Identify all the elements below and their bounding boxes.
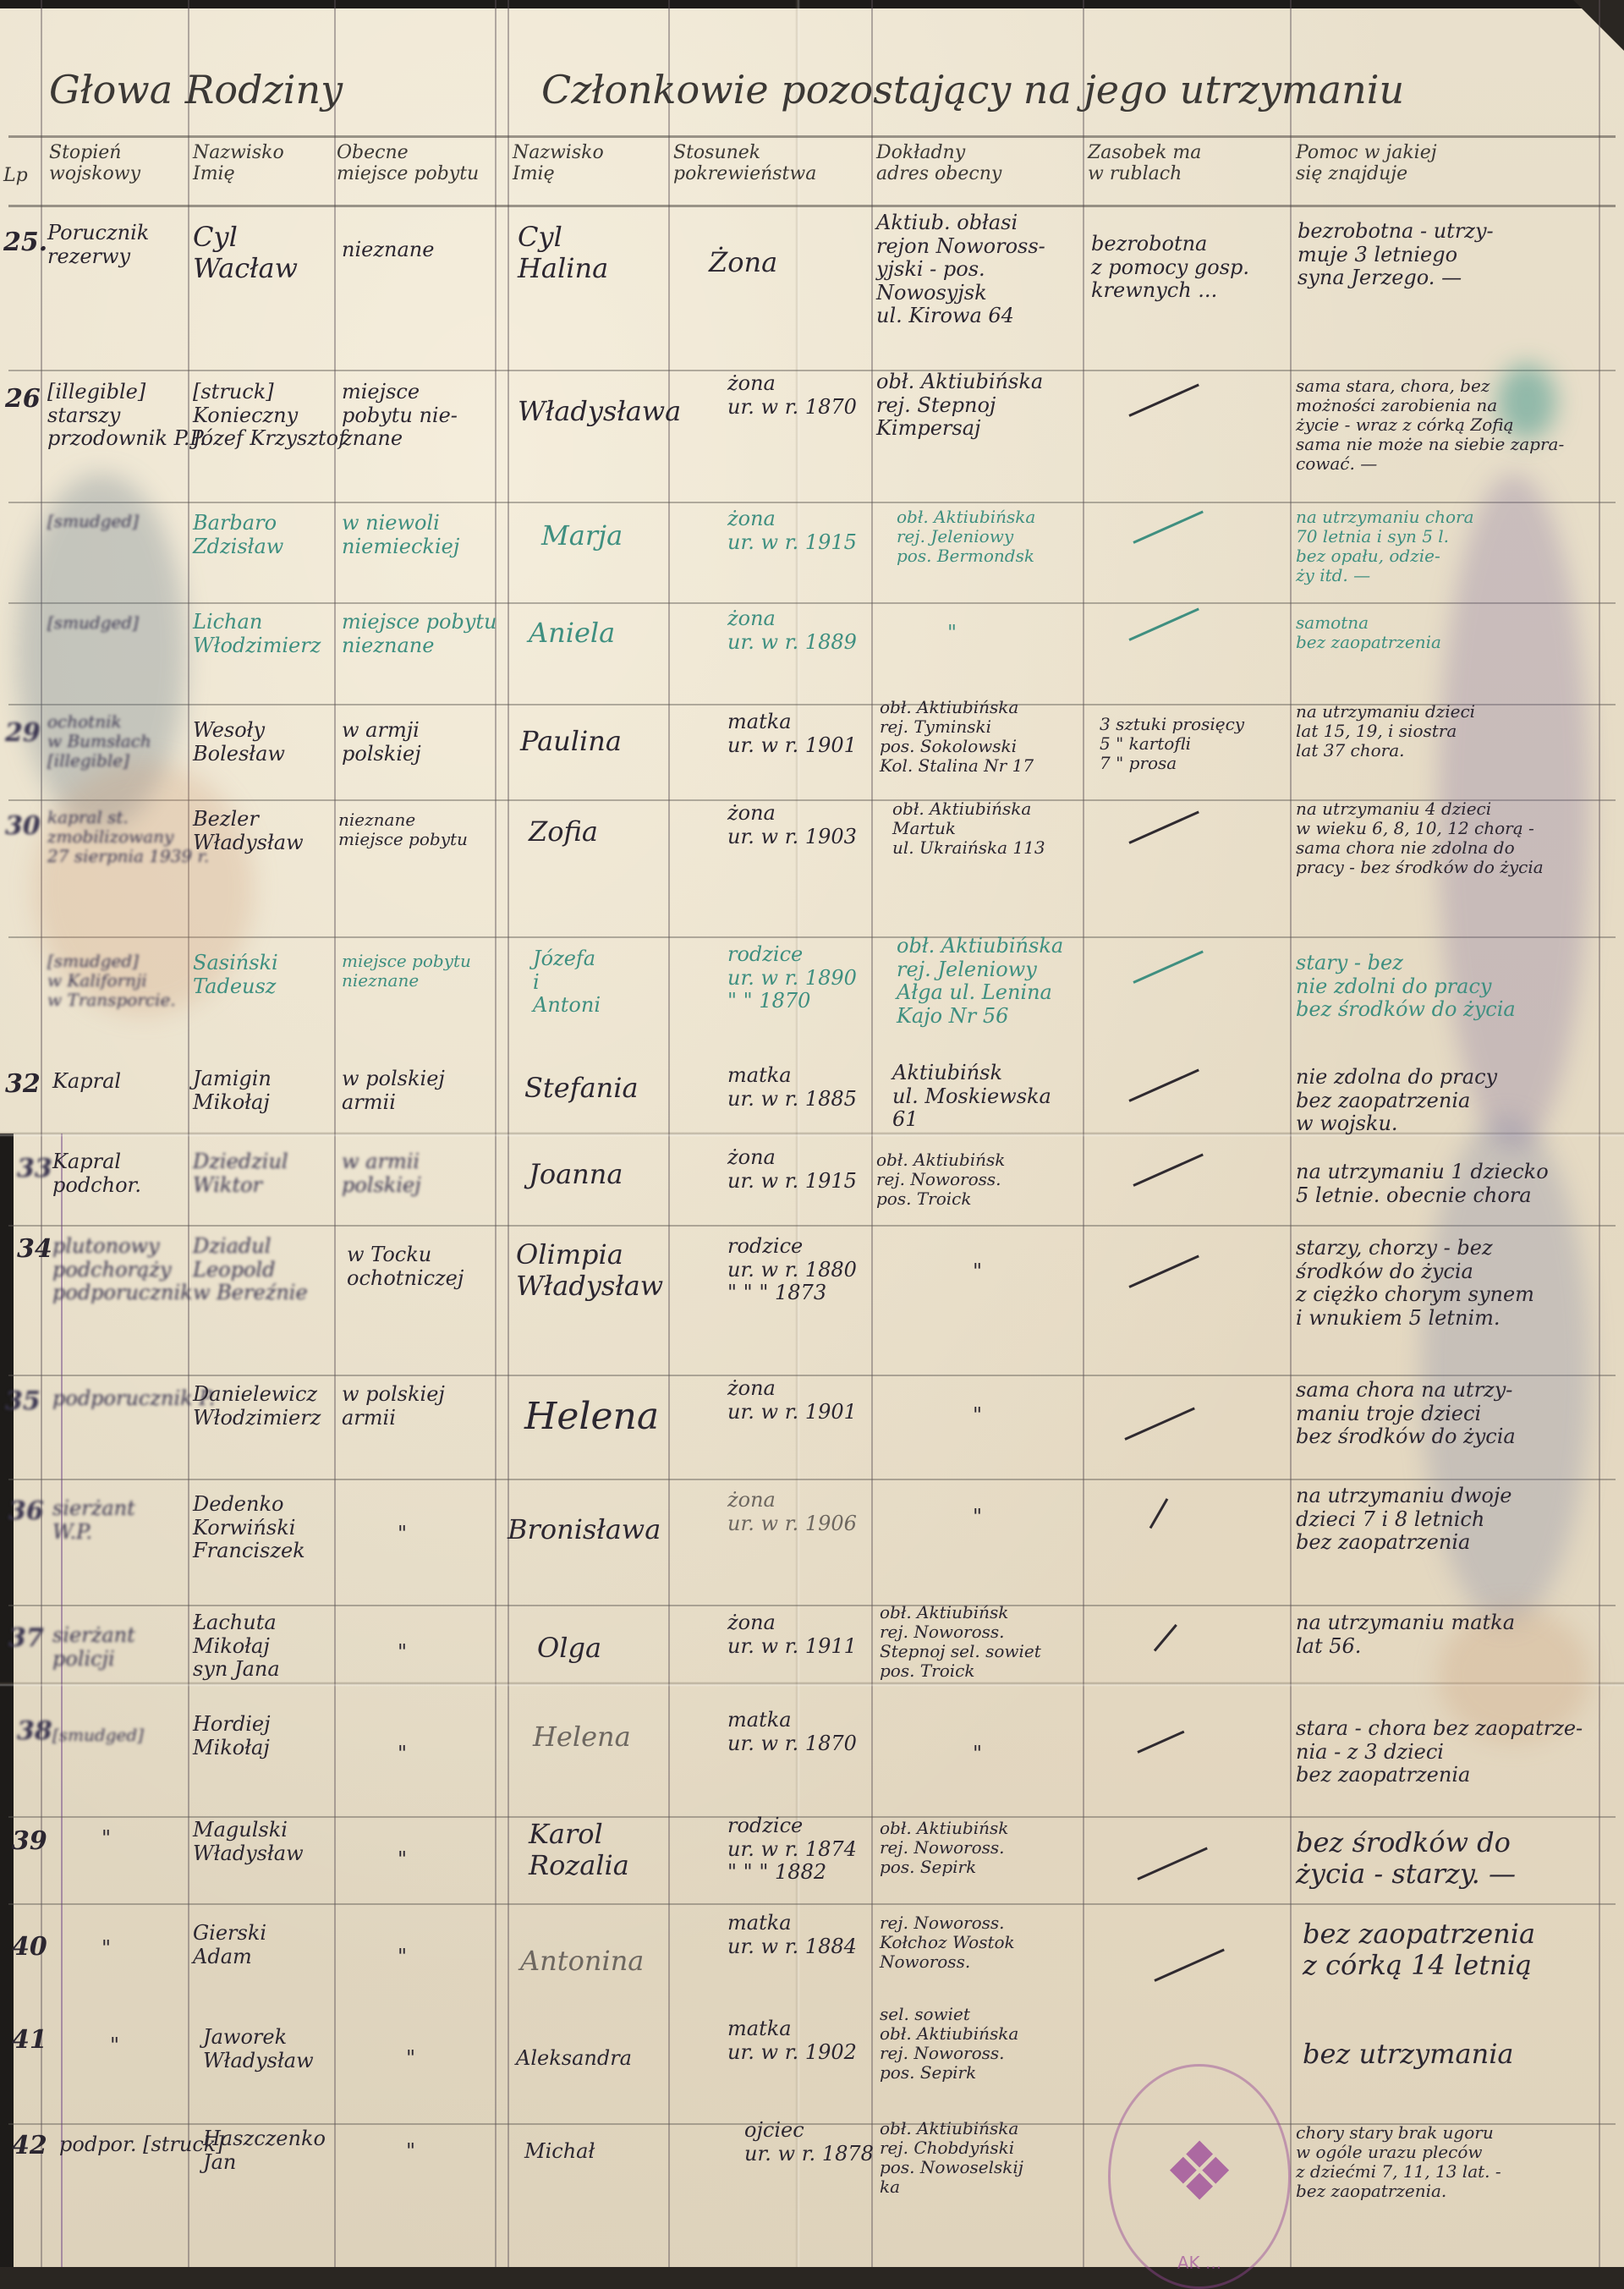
header-relation: Stosunek pokrewieństwa [673,142,816,185]
header-address: Dokładny adres obecny [876,142,1001,185]
header-lp: Lp [3,165,28,186]
header-head-name: Nazwisko Imię [193,142,284,185]
eagle-emblem-icon: ❖ [1163,2124,1236,2219]
row-divider [8,1375,1616,1376]
nil-mark [1137,1847,1207,1880]
nil-mark [1128,608,1199,641]
nil-mark [1133,1154,1203,1187]
row-divider [8,205,1616,207]
document-sheet: Głowa Rodziny Członkowie pozostający na … [0,0,1624,2267]
row-divider [8,602,1616,604]
title-head-of-family: Głowa Rodziny [49,68,343,113]
row-divider [8,135,1616,138]
header-current-location: Obecne miejsce pobytu [337,142,479,185]
nil-mark [1133,951,1203,984]
nil-mark [1149,1498,1169,1529]
row-divider [8,1605,1616,1606]
nil-mark [1128,811,1199,844]
nil-mark [1137,1731,1184,1754]
nil-mark [1128,1255,1199,1288]
row-divider [8,1903,1616,1905]
row-divider [8,370,1616,371]
header-rank: Stopień wojskowy [49,142,140,185]
row-divider [8,502,1616,503]
header-situation: Pomoc w jakiej się znajduje [1296,142,1437,185]
header-livestock: Zasobek ma w rublach [1088,142,1201,185]
nil-mark [1154,1624,1177,1652]
nil-mark [1124,1408,1194,1441]
scan-border-top [0,0,1624,8]
nil-mark [1128,1069,1199,1102]
paper-fold [0,1682,1624,1687]
row-divider [8,1225,1616,1227]
header-member-name: Nazwisko Imię [513,142,604,185]
nil-mark [1154,1949,1224,1982]
official-stamp: ❖ AK ... [1108,2064,1291,2267]
stamp-text: AK ... [1111,2253,1288,2267]
row-divider [8,936,1616,938]
scan-border-left [0,1134,14,2267]
nil-mark [1133,511,1203,544]
nil-mark [1128,384,1199,417]
row-divider [8,1479,1616,1480]
title-dependents: Członkowie pozostający na jego utrzymani… [541,68,1404,113]
